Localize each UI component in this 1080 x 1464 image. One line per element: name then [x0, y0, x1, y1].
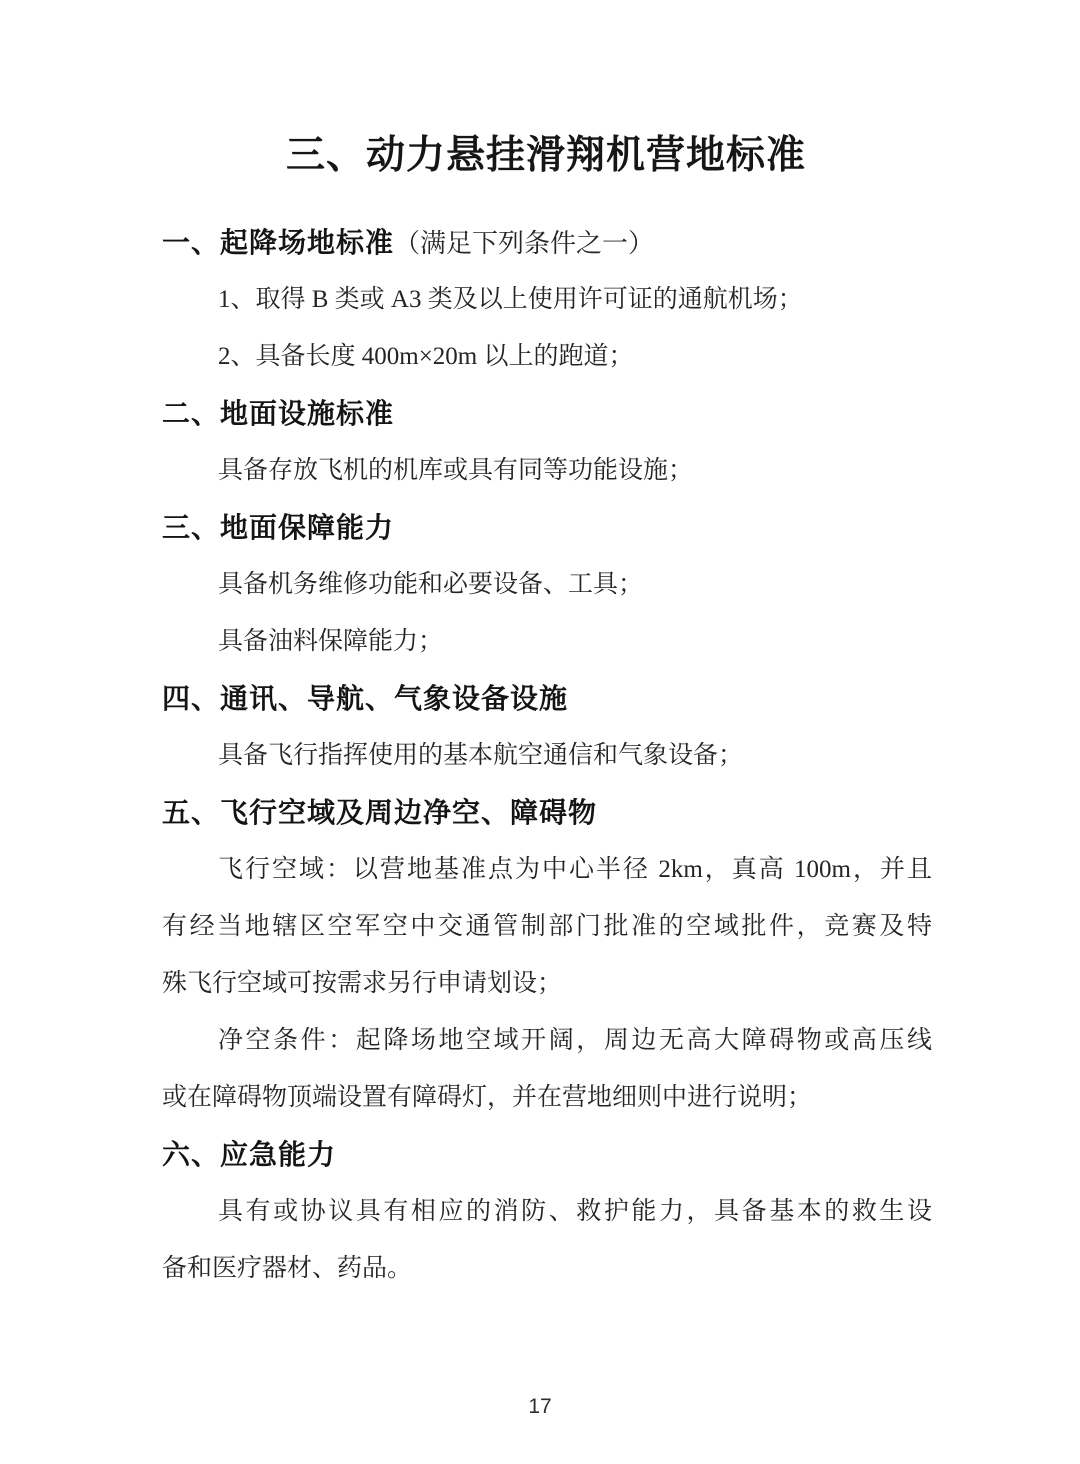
- section-1-heading: 一、起降场地标准（满足下列条件之一）: [162, 214, 932, 271]
- paragraph-line: 具备飞行指挥使用的基本航空通信和气象设备；: [162, 727, 932, 784]
- page-number: 17: [0, 1392, 1080, 1422]
- paragraph-line: 殊飞行空域可按需求另行申请划设；: [162, 955, 932, 1012]
- paragraph-line: 有经当地辖区空军空中交通管制部门批准的空域批件，竞赛及特: [162, 898, 932, 955]
- section-5-heading-text: 五、飞行空域及周边净空、障碍物: [162, 797, 597, 828]
- section-6-heading-text: 六、应急能力: [162, 1139, 336, 1170]
- section-5-heading: 五、飞行空域及周边净空、障碍物: [162, 784, 932, 841]
- section-4-heading-text: 四、通讯、导航、气象设备设施: [162, 683, 568, 714]
- section-2-heading: 二、地面设施标准: [162, 385, 932, 442]
- document-body: 一、起降场地标准（满足下列条件之一） 1、取得 B 类或 A3 类及以上使用许可…: [162, 214, 932, 1297]
- section-3-heading-text: 三、地面保障能力: [162, 512, 394, 543]
- paragraph-line: 具备机务维修功能和必要设备、工具；: [162, 556, 932, 613]
- paragraph-line: 2、具备长度 400m×20m 以上的跑道；: [162, 328, 932, 385]
- paragraph-line: 飞行空域：以营地基准点为中心半径 2km，真高 100m，并且: [162, 841, 932, 898]
- paragraph-line: 具备存放飞机的机库或具有同等功能设施；: [162, 442, 932, 499]
- paragraph-line: 1、取得 B 类或 A3 类及以上使用许可证的通航机场；: [162, 271, 932, 328]
- section-1-heading-text: 一、起降场地标准: [162, 227, 394, 258]
- section-3-heading: 三、地面保障能力: [162, 499, 932, 556]
- section-1-heading-note: （满足下列条件之一）: [394, 229, 654, 258]
- section-4-heading: 四、通讯、导航、气象设备设施: [162, 670, 932, 727]
- paragraph-line: 具备油料保障能力；: [162, 613, 932, 670]
- document-title: 三、动力悬挂滑翔机营地标准: [160, 128, 932, 184]
- paragraph-line: 净空条件：起降场地空域开阔，周边无高大障碍物或高压线: [162, 1012, 932, 1069]
- document-page: 三、动力悬挂滑翔机营地标准 一、起降场地标准（满足下列条件之一） 1、取得 B …: [0, 0, 1080, 1464]
- section-2-heading-text: 二、地面设施标准: [162, 398, 394, 429]
- section-6-heading: 六、应急能力: [162, 1126, 932, 1183]
- paragraph-line: 具有或协议具有相应的消防、救护能力，具备基本的救生设: [162, 1183, 932, 1240]
- paragraph-line: 或在障碍物顶端设置有障碍灯，并在营地细则中进行说明；: [162, 1069, 932, 1126]
- paragraph-line: 备和医疗器材、药品。: [162, 1240, 932, 1297]
